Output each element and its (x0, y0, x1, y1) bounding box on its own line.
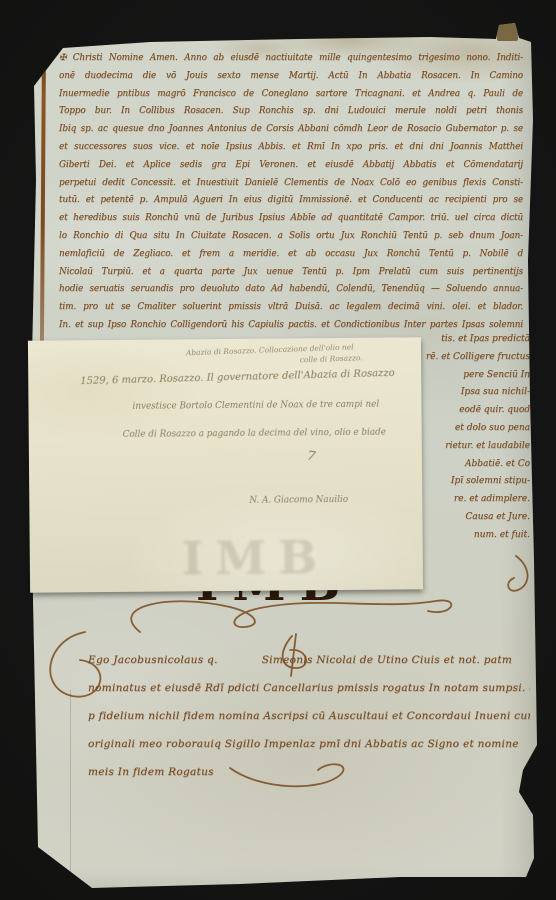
monogram-ghost: IMB (182, 534, 330, 581)
archival-slip: IMB Abazia di Rosazzo. Collocazione dell… (28, 337, 423, 592)
slip-summary-line: investisce Bortolo Clementini de Noax de… (132, 399, 379, 414)
slip-archival-note: Abazia di Rosazzo. Collocazione dell'oli… (186, 339, 413, 369)
slip-summary-line: Colle di Rosazzo a pagando la decima del… (123, 427, 386, 442)
manuscript-photo: ✠ Christi Nomine Amen. Anno ab eiusdē na… (0, 0, 556, 900)
slip-signature: N. A. Giacomo Nauilio (249, 494, 348, 507)
slip-notary-mark: 7 (306, 450, 316, 465)
slip-summary-line: 1529, 6 marzo. Rosazzo. Il governatore d… (80, 367, 395, 389)
